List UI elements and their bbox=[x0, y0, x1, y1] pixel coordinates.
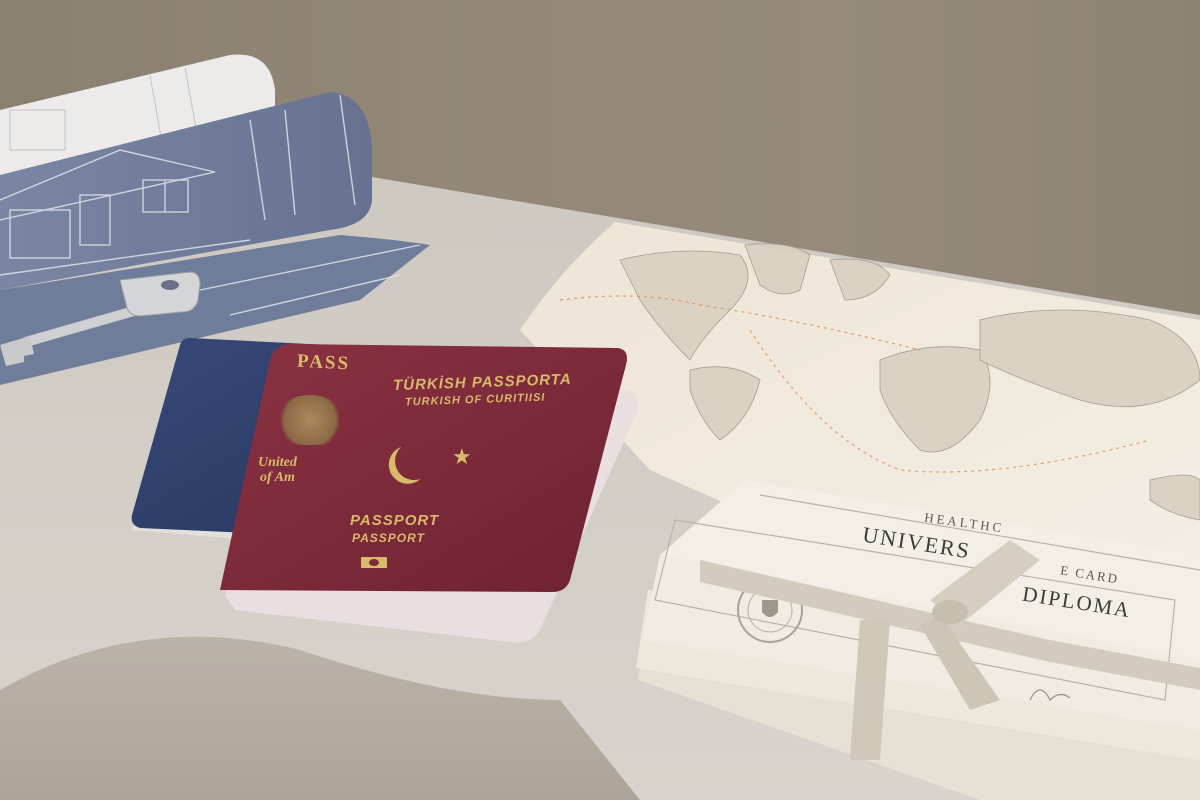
turkish-passport-label: PASSPORT bbox=[350, 512, 439, 529]
scene-art bbox=[0, 0, 1200, 800]
star-icon: ★ bbox=[452, 446, 472, 468]
us-passport-country-line1: United bbox=[258, 455, 297, 471]
us-passport-country-line2: of Am bbox=[260, 470, 295, 486]
photo-scene: PASS United of Am TÜRKİSH PASSPORTA TURK… bbox=[0, 0, 1200, 800]
turkish-passport-label-secondary: PASSPORT bbox=[352, 531, 425, 545]
us-passport-title: PASS bbox=[296, 351, 350, 376]
eagle-seal-icon bbox=[275, 395, 345, 445]
biometric-chip-icon bbox=[361, 557, 387, 568]
